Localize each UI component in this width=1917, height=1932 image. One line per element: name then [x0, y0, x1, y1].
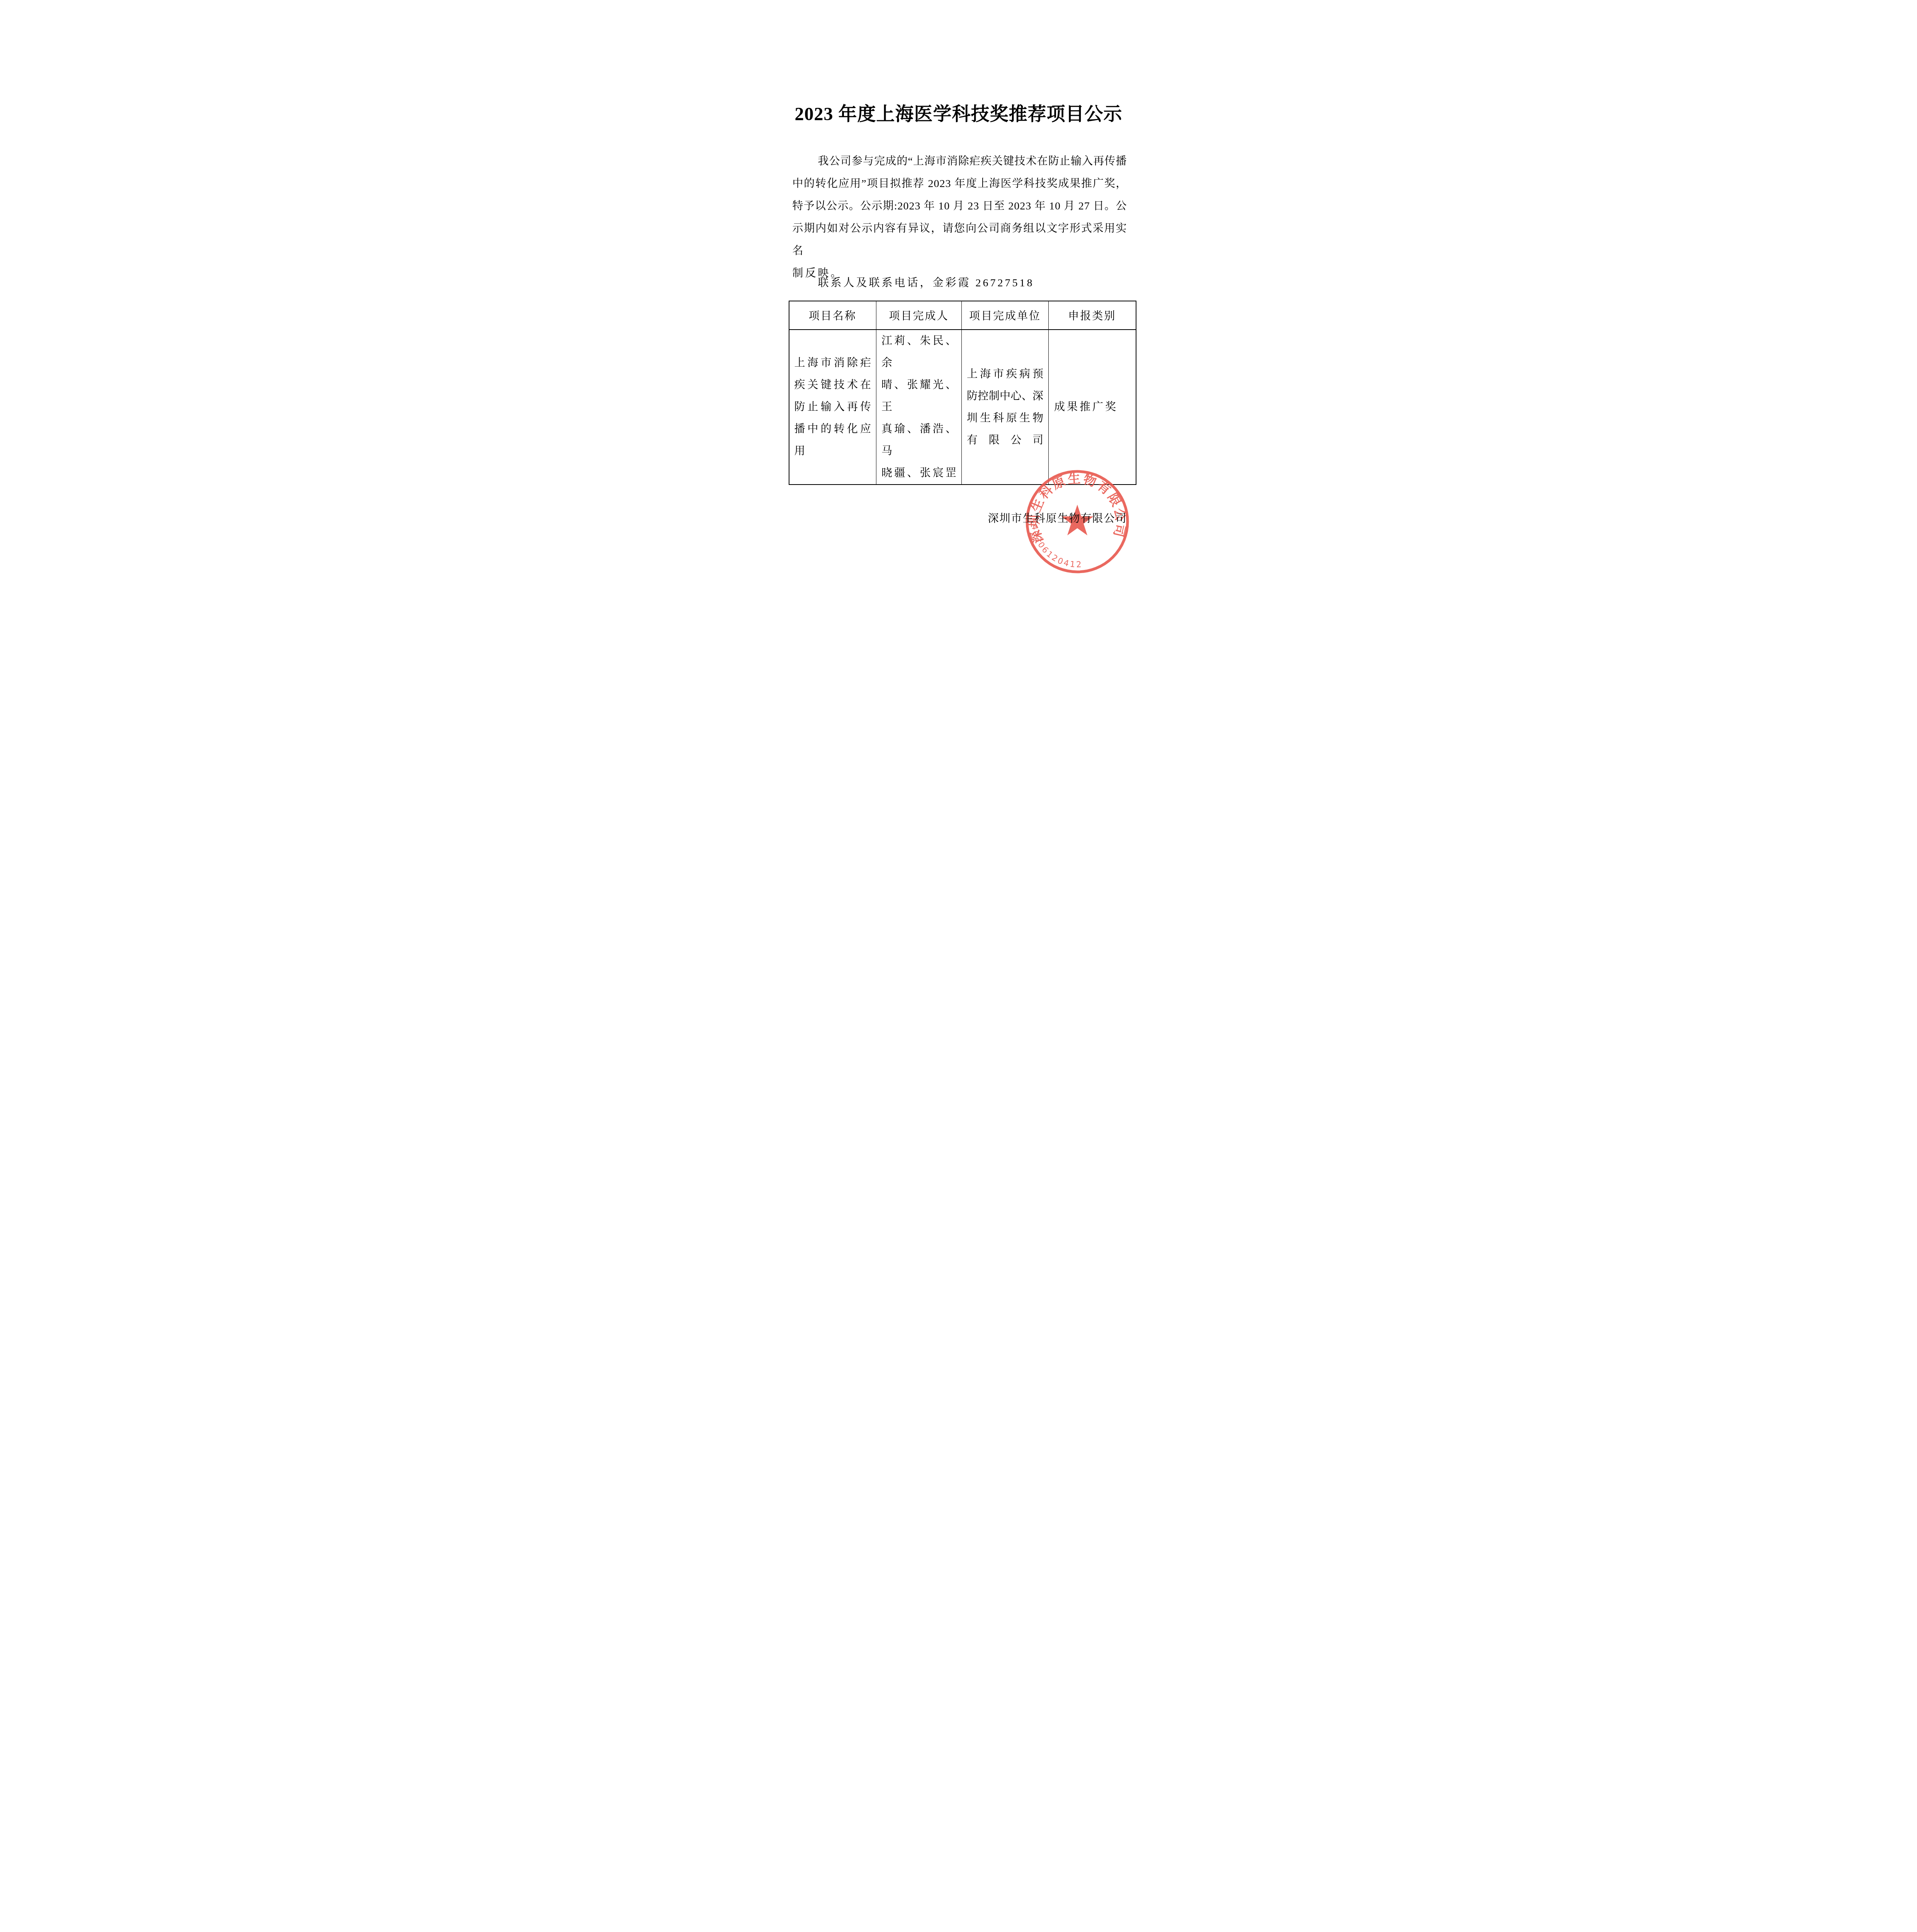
header-application-category: 申报类别 — [1049, 301, 1136, 330]
company-signature: 深圳市生科原生物有限公司 — [793, 512, 1127, 526]
announcement-document-page: 2023 年度上海医学科技奖推荐项目公示 我公司参与完成的“上海市消除疟疾关键技… — [719, 0, 1198, 678]
cell-application-category: 成果推广奖 — [1049, 330, 1136, 485]
table-header-row: 项目名称 项目完成人 项目完成单位 申报类别 — [789, 301, 1136, 330]
paragraph-line: 中的转化应用”项目拟推荐 2023 年度上海医学科技奖成果推广奖， — [793, 173, 1127, 195]
contact-line: 联系人及联系电话，金彩霞 26727518 — [793, 272, 1127, 294]
table-row: 上海市消除疟 疾关键技术在 防止输入再传 播中的转化应 用 江莉、朱民、余 晴、… — [789, 330, 1136, 485]
header-project-completers: 项目完成人 — [876, 301, 962, 330]
paragraph-line: 我公司参与完成的“上海市消除疟疾关键技术在防止输入再传播 — [793, 150, 1127, 173]
announcement-paragraph: 我公司参与完成的“上海市消除疟疾关键技术在防止输入再传播 中的转化应用”项目拟推… — [793, 150, 1127, 285]
project-announcement-table: 项目名称 项目完成人 项目完成单位 申报类别 上海市消除疟 疾关键技术在 防止输… — [789, 301, 1136, 485]
cell-project-completers: 江莉、朱民、余 晴、张耀光、王 真瑜、潘浩、马 晓疆、张宸罡 — [876, 330, 962, 485]
paragraph-line: 特予以公示。公示期:2023 年 10 月 23 日至 2023 年 10 月 … — [793, 195, 1127, 218]
header-completing-unit: 项目完成单位 — [962, 301, 1049, 330]
paragraph-line: 示期内如对公示内容有异议，请您向公司商务组以文字形式采用实名 — [793, 218, 1127, 262]
cell-completing-unit: 上海市疾病预 防控制中心、深 圳生科原生物 有限公司 — [962, 330, 1049, 485]
cell-project-name: 上海市消除疟 疾关键技术在 防止输入再传 播中的转化应 用 — [789, 330, 876, 485]
header-project-name: 项目名称 — [789, 301, 876, 330]
page-title: 2023 年度上海医学科技奖推荐项目公示 — [719, 103, 1198, 126]
